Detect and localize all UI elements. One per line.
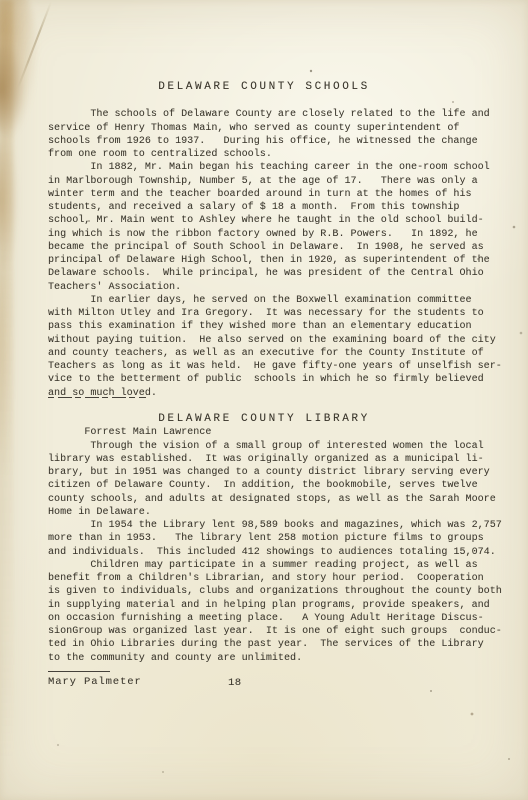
paper-stain-lower <box>0 255 12 475</box>
text-line: Delaware schools. While principal, he wa… <box>48 267 480 280</box>
paper-stain-top-corner <box>0 0 38 142</box>
text-line: The schools of Delaware County are close… <box>48 108 480 121</box>
paper-crease <box>17 2 51 88</box>
page-footer: Mary Palmeter 18 <box>48 671 480 695</box>
text-line: benefit from a Children's Librarian, and… <box>48 572 480 585</box>
section-heading-library: DELAWARE COUNTY LIBRARY <box>48 413 480 426</box>
text-line: without paying tuition. He also served o… <box>48 334 480 347</box>
byline-text: Forrest Main Lawrence <box>84 427 211 438</box>
text-line: library was established. It was original… <box>48 453 480 466</box>
page-number: 18 <box>228 677 242 689</box>
text-line: Teachers' Association. <box>48 281 480 294</box>
page-content: DELAWARE COUNTY SCHOOLS The schools of D… <box>48 81 480 665</box>
text-line: brary, but in 1951 was changed to a coun… <box>48 466 480 479</box>
text-line: In 1882, Mr. Main began his teaching car… <box>48 161 480 174</box>
text-line: became the principal of South School in … <box>48 241 480 254</box>
text-line: to the community and county are unlimite… <box>48 652 480 665</box>
author-byline-schools: Forrest Main Lawrence <box>48 400 480 413</box>
text-line: ted in Ohio Libraries during the past ye… <box>48 638 480 651</box>
text-line: county schools, and adults at designated… <box>48 493 480 506</box>
text-line: school, Mr. Main went to Ashley where he… <box>48 214 480 227</box>
scanned-document-page: DELAWARE COUNTY SCHOOLS The schools of D… <box>0 0 528 800</box>
text-line: winter term and the teacher boarded arou… <box>48 188 480 201</box>
section-heading-schools: DELAWARE COUNTY SCHOOLS <box>48 81 480 94</box>
author-overline <box>48 671 110 672</box>
text-line: is given to individuals, clubs and organ… <box>48 585 480 598</box>
paper-specks <box>0 0 2 2</box>
text-line: from one room to centralized schools. <box>48 148 480 161</box>
text-line: and county teachers, as well as an execu… <box>48 347 480 360</box>
paper-stain-dark-blob <box>0 42 24 137</box>
text-line: ing which is now the ribbon factory owne… <box>48 228 480 241</box>
text-line: service of Henry Thomas Main, who served… <box>48 122 480 135</box>
text-line: pass this examination if they wished mor… <box>48 320 480 333</box>
paper-stain-left-edge <box>0 0 13 760</box>
text-line: Home in Delaware. <box>48 506 480 519</box>
footer-author: Mary Palmeter <box>48 676 480 689</box>
text-line: Teachers as long as it was held. He gave… <box>48 360 480 373</box>
typed-dash-rule <box>48 397 146 399</box>
text-line: students, and received a salary of $ 18 … <box>48 201 480 214</box>
text-line: with Milton Utley and Ira Gregory. It wa… <box>48 307 480 320</box>
text-line: Children may participate in a summer rea… <box>48 559 480 572</box>
paper-stain-mid <box>0 130 18 270</box>
text-line: in Marlborough Township, Number 5, at th… <box>48 175 480 188</box>
text-line: In 1954 the Library lent 98,589 books an… <box>48 519 480 532</box>
text-line: more than in 1953. The library lent 258 … <box>48 532 480 545</box>
text-line: on occasion furnishing a meeting place. … <box>48 612 480 625</box>
text-line: in supplying material and in helping pla… <box>48 599 480 612</box>
text-line: In earlier days, he served on the Boxwel… <box>48 294 480 307</box>
text-line: sionGroup was organized last year. It is… <box>48 625 480 638</box>
text-line: Through the vision of a small group of i… <box>48 440 480 453</box>
text-line: schools from 1926 to 1937. During his of… <box>48 135 480 148</box>
text-line: principal of Delaware High School, then … <box>48 254 480 267</box>
text-line: citizen of Delaware County. In addition,… <box>48 479 480 492</box>
text-line: and individuals. This included 412 showi… <box>48 546 480 559</box>
text-line: vice to the betterment of public schools… <box>48 373 480 386</box>
